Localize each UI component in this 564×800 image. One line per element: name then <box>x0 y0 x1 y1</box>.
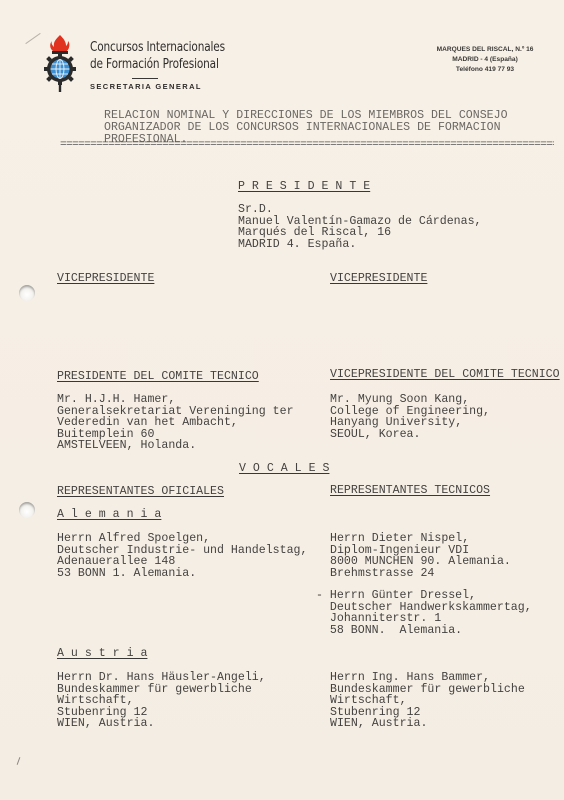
vocales-heading: V O C A L E S <box>239 463 329 475</box>
punch-hole-icon <box>19 285 35 301</box>
presidente-comite-heading: PRESIDENTE DEL COMITE TECNICO <box>57 371 259 383</box>
pencil-mark <box>25 33 40 44</box>
address-line: 58 BONN. Alemania. <box>316 625 532 637</box>
alemania-tecnico-address-1: Herrn Dieter Nispel, Diplom-Ingenieur VD… <box>330 533 511 579</box>
vicepresidente-comite-address: Mr. Myung Soon Kang, College of Engineer… <box>330 394 490 440</box>
vicepresidente-right-heading: VICEPRESIDENTE <box>330 273 427 285</box>
title-line2: ORGANIZADOR DE LOS CONCURSOS INTERNACION… <box>104 122 501 134</box>
org-name-line1: Concursos Internacionales <box>90 39 225 56</box>
title-line1: RELACION NOMINAL Y DIRECCIONES DE LOS MI… <box>104 110 508 122</box>
address-line: - Herrn Günter Dressel, <box>316 590 532 602</box>
alemania-oficial-address: Herrn Alfred Spoelgen, Deutscher Industr… <box>57 533 307 579</box>
document-page: Concursos Internacionales de Formación P… <box>0 0 564 800</box>
address-line: Mr. H.J.H. Hamer, <box>57 394 294 406</box>
address-line3: Teléfono 419 77 93 <box>420 65 550 75</box>
country-heading-austria: A u s t r i a <box>57 648 147 660</box>
address-line: SEOUL, Korea. <box>330 429 490 441</box>
austria-oficial-address: Herrn Dr. Hans Häusler-Angeli, Bundeskam… <box>57 672 266 730</box>
address-line: Brehmstrasse 24 <box>330 568 511 580</box>
org-name-line2: de Formación Profesional <box>90 56 219 73</box>
presidente-heading: P R E S I D E N T E <box>238 181 370 193</box>
punch-hole-icon <box>19 502 35 518</box>
oficiales-heading: REPRESENTANTES OFICIALES <box>57 486 224 498</box>
title-separator: ========================================… <box>60 139 554 151</box>
torch-globe-gear-icon <box>42 33 78 93</box>
address-line: WIEN, Austria. <box>330 718 525 730</box>
presidente-address: Sr.D. Manuel Valentín-Gamazo de Cárdenas… <box>238 204 482 250</box>
address-line: AMSTELVEEN, Holanda. <box>57 440 294 452</box>
country-heading-alemania: A l e m a n i a <box>57 509 161 521</box>
department-label: SECRETARIA GENERAL <box>90 82 202 91</box>
address-line2: MADRID - 4 (España) <box>420 55 550 65</box>
address-line: Herrn Dr. Hans Häusler-Angeli, <box>57 672 266 684</box>
address-line: MADRID 4. España. <box>238 239 482 251</box>
address-line: Mr. Myung Soon Kang, <box>330 394 490 406</box>
presidente-comite-address: Mr. H.J.H. Hamer, Generalsekretariat Ver… <box>57 394 294 452</box>
tecnicos-heading: REPRESENTANTES TECNICOS <box>330 485 490 497</box>
austria-tecnico-address: Herrn Ing. Hans Bammer, Bundeskammer für… <box>330 672 525 730</box>
address-line: WIEN, Austria. <box>57 718 266 730</box>
letterhead-rule <box>132 78 158 79</box>
address-line: Herrn Dieter Nispel, <box>330 533 511 545</box>
vicepresidente-comite-heading: VICEPRESIDENTE DEL COMITE TECNICO <box>330 369 560 381</box>
pencil-mark <box>17 757 21 765</box>
address-line: Sr.D. <box>238 204 482 216</box>
address-line: Herrn Ing. Hans Bammer, <box>330 672 525 684</box>
vicepresidente-left-heading: VICEPRESIDENTE <box>57 273 154 285</box>
address-line: 53 BONN 1. Alemania. <box>57 568 307 580</box>
alemania-tecnico-address-2: - Herrn Günter Dressel, Deutscher Handwe… <box>316 590 532 636</box>
address-line: Herrn Alfred Spoelgen, <box>57 533 307 545</box>
address-line1: MARQUES DEL RISCAL, N.º 16 <box>420 45 550 55</box>
